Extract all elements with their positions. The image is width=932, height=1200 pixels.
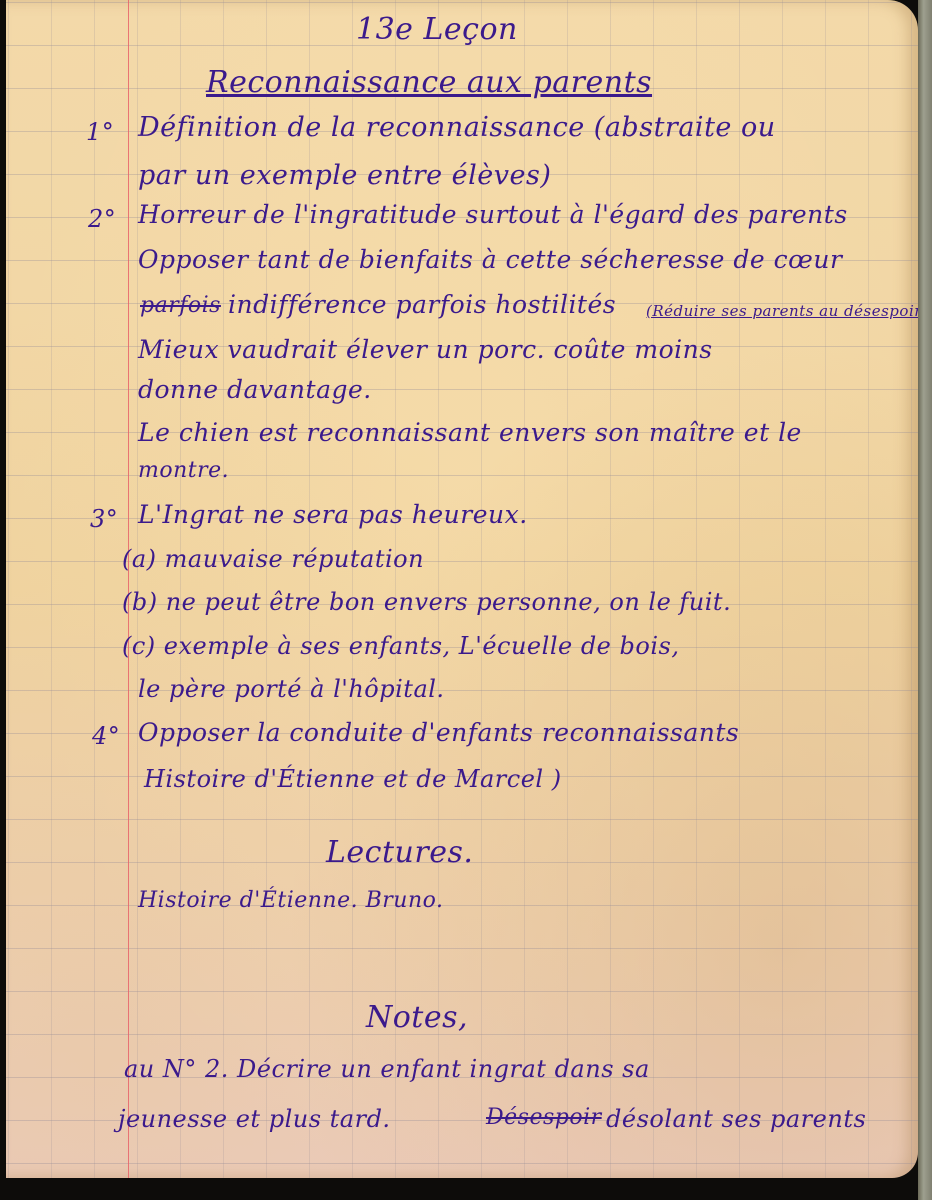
section-2-aside: (Réduire ses parents au désespoir) — [646, 302, 918, 320]
notebook-spine — [918, 0, 932, 1200]
section-4-line-2: Histoire d'Étienne et de Marcel ) — [144, 765, 562, 793]
section-1-number: 1° — [86, 118, 114, 146]
notes-struck-word: Désespoir — [486, 1105, 602, 1130]
section-3-item-c-cont: le père porté à l'hôpital. — [138, 675, 445, 703]
lesson-title: 13e Leçon — [356, 12, 518, 47]
notes-line-1: au N° 2. Décrire un enfant ingrat dans s… — [124, 1055, 650, 1083]
section-1-line-2: par un exemple entre élèves) — [138, 160, 551, 191]
section-3-item-c: (c) exemple à ses enfants, L'écuelle de … — [122, 632, 679, 660]
section-2-line-1: Horreur de l'ingratitude surtout à l'éga… — [138, 200, 848, 229]
section-2-line-2: Opposer tant de bienfaits à cette sécher… — [138, 245, 842, 274]
section-2-line-5: donne davantage. — [138, 375, 372, 404]
struck-word: parfois — [140, 293, 221, 318]
section-3-item-b: (b) ne peut être bon envers personne, on… — [122, 588, 731, 616]
section-4-number: 4° — [92, 722, 120, 750]
section-2-number: 2° — [88, 205, 116, 233]
section-3-item-a: (a) mauvaise réputation — [122, 545, 424, 573]
notebook-page: 13e Leçon Reconnaissance aux parents 1° … — [6, 0, 918, 1178]
subject-title: Reconnaissance aux parents — [206, 65, 652, 100]
section-1-line-1: Définition de la reconnaissance (abstrai… — [138, 112, 776, 143]
section-2-line-3: indifférence parfois hostilités — [228, 290, 616, 319]
section-2-line-6: Le chien est reconnaissant envers son ma… — [138, 418, 802, 447]
lectures-line: Histoire d'Étienne. Bruno. — [138, 888, 443, 913]
lectures-heading: Lectures. — [326, 835, 473, 870]
section-3-line-1: L'Ingrat ne sera pas heureux. — [138, 500, 528, 529]
section-2-line-7: montre. — [138, 458, 229, 483]
notes-heading: Notes, — [366, 1000, 468, 1035]
notes-line-2: jeunesse et plus tard. — [118, 1105, 391, 1133]
section-2-line-4: Mieux vaudrait élever un porc. coûte moi… — [138, 335, 713, 364]
notes-line-3: désolant ses parents — [606, 1105, 866, 1133]
section-3-number: 3° — [90, 505, 118, 533]
section-4-line-1: Opposer la conduite d'enfants reconnaiss… — [138, 718, 739, 747]
